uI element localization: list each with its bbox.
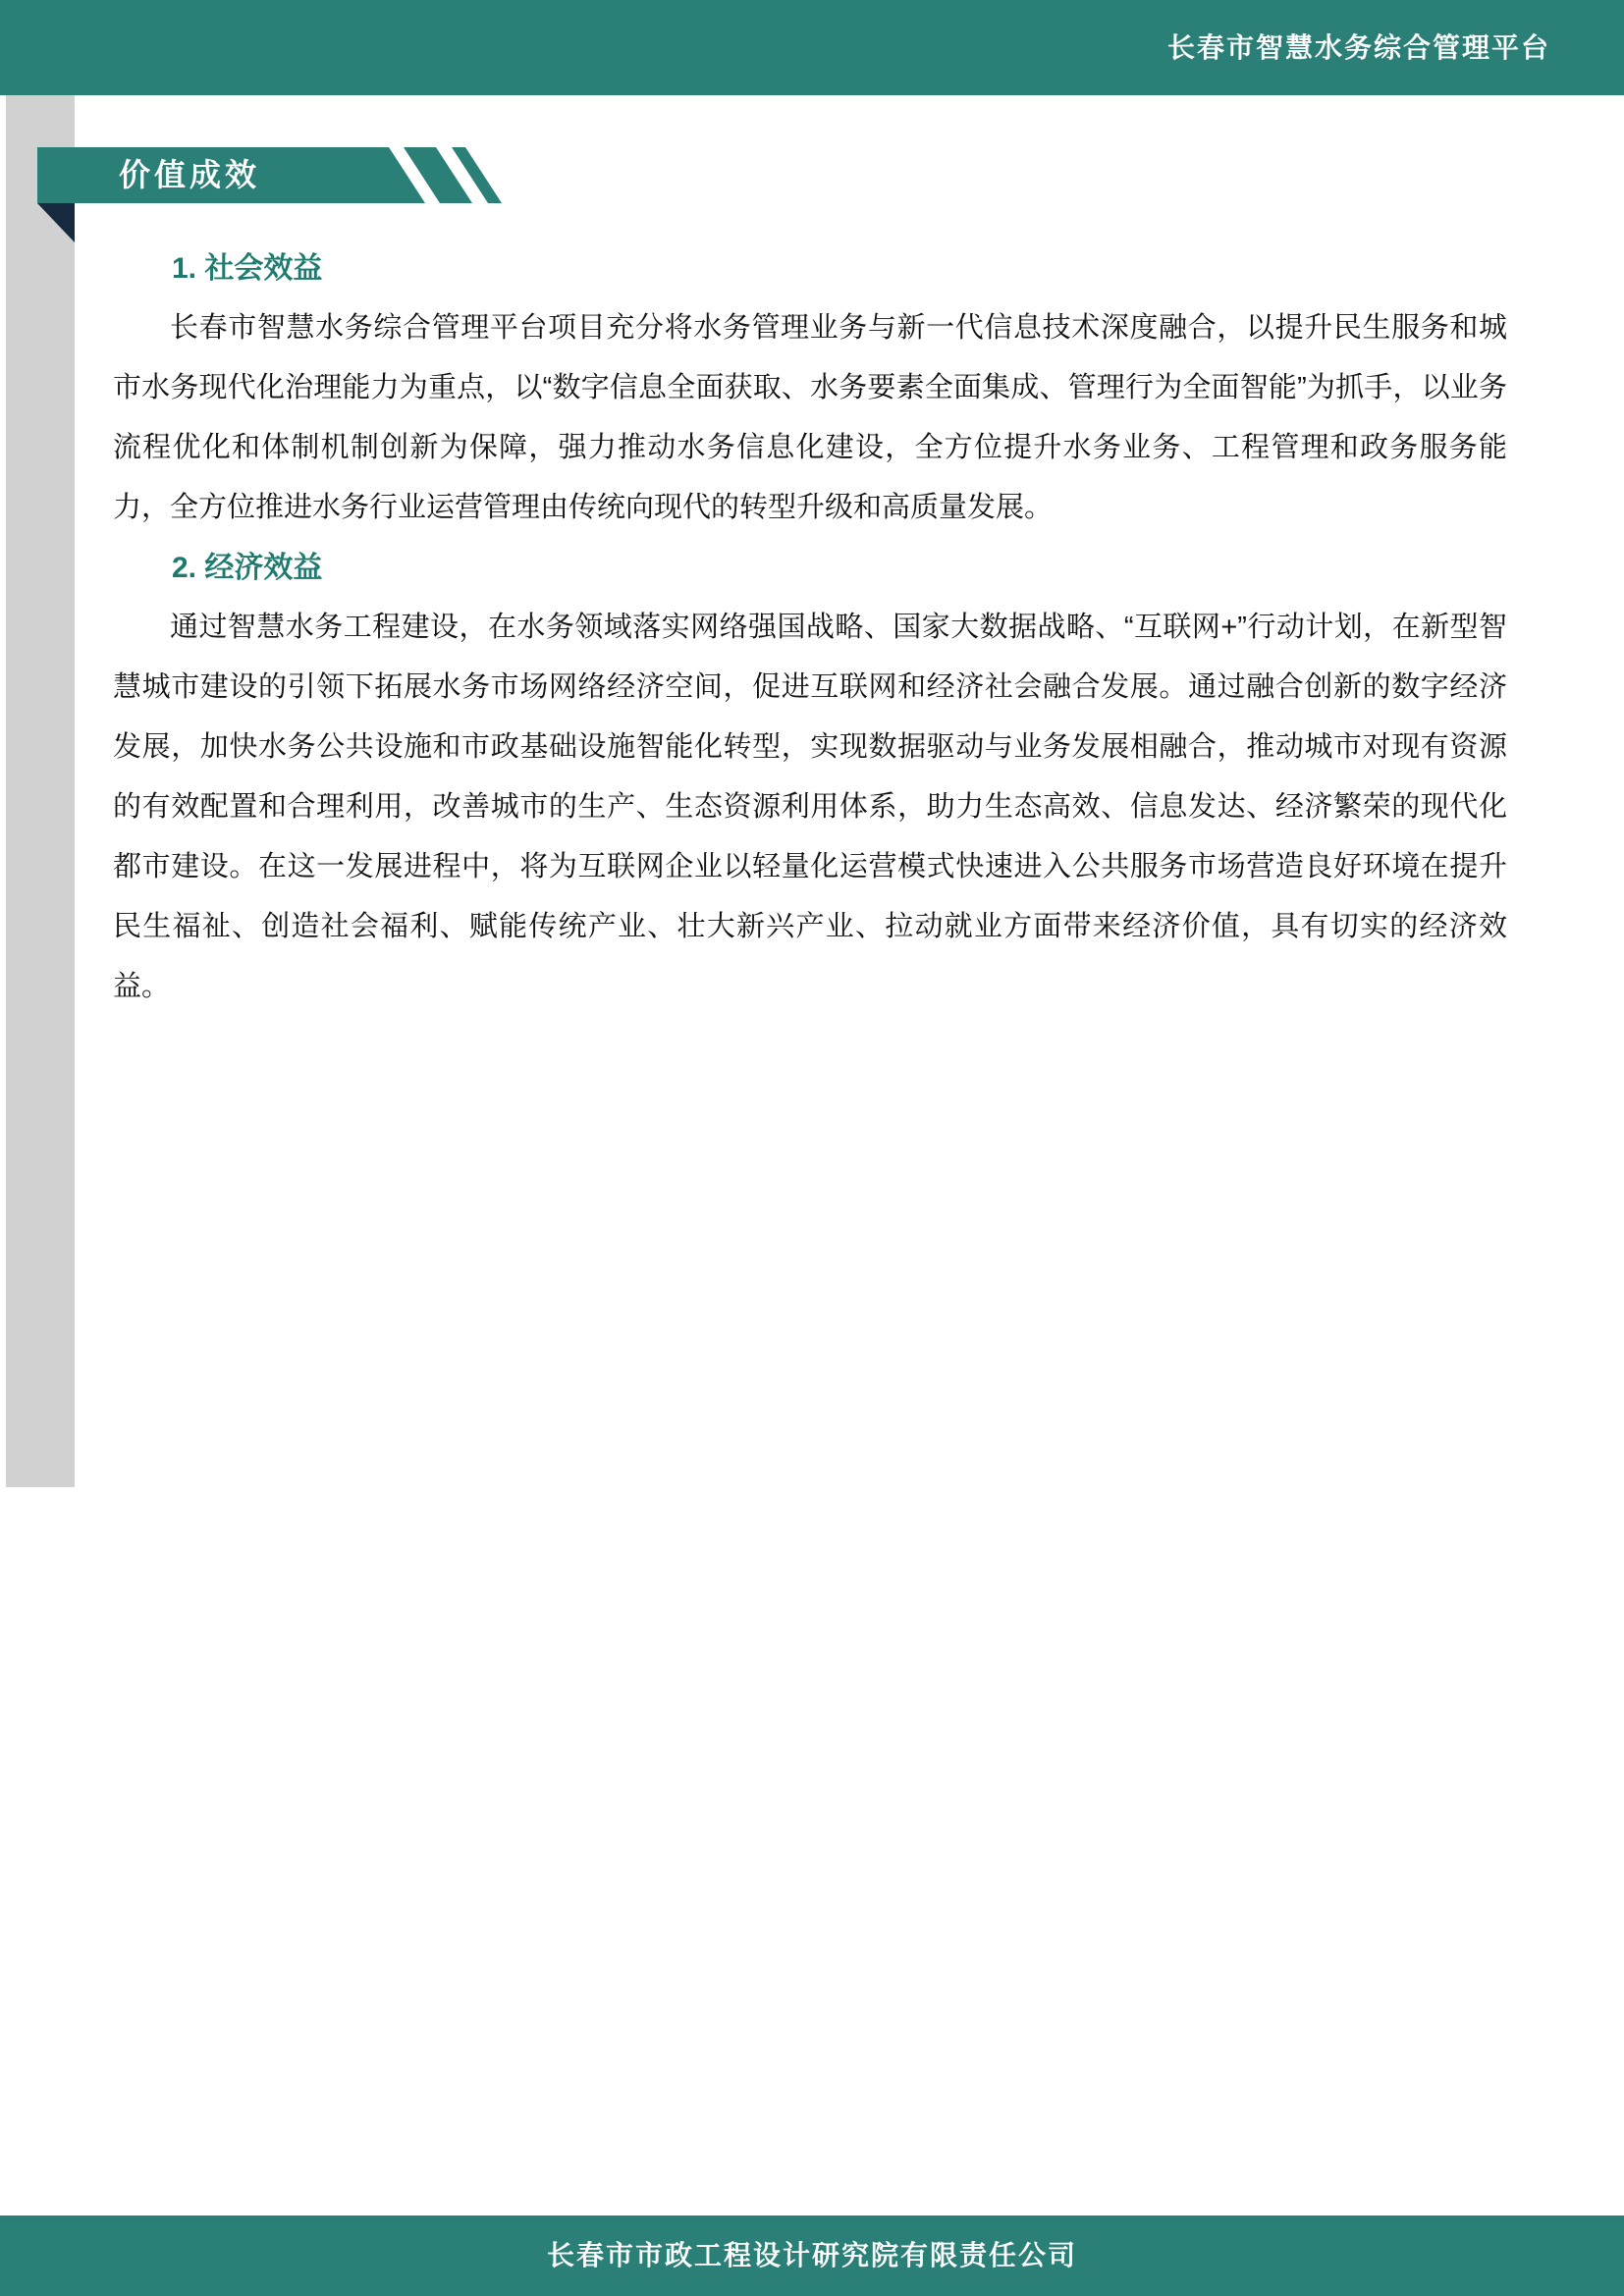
header-title: 长春市智慧水务综合管理平台 [1167, 0, 1550, 95]
footer-bar: 长春市市政工程设计研究院有限责任公司 [0, 2216, 1624, 2296]
left-margin-strip [6, 95, 75, 1487]
header-bar: 长春市智慧水务综合管理平台 [0, 0, 1624, 95]
section-paragraph-social: 长春市智慧水务综合管理平台项目充分将水务管理业务与新一代信息技术深度融合，以提升… [113, 298, 1507, 538]
footer-company-name: 长春市市政工程设计研究院有限责任公司 [547, 2216, 1077, 2296]
section-paragraph-economic: 通过智慧水务工程建设，在水务领域落实网络强国战略、国家大数据战略、“互联网+”行… [113, 598, 1507, 1017]
section-heading-economic: 2. 经济效益 [113, 538, 1507, 598]
section-heading-social: 1. 社会效益 [113, 239, 1507, 298]
section-banner-title: 价值成效 [119, 147, 260, 203]
document-content: 1. 社会效益 长春市智慧水务综合管理平台项目充分将水务管理业务与新一代信息技术… [113, 239, 1507, 1017]
section-banner: 价值成效 [37, 147, 425, 203]
